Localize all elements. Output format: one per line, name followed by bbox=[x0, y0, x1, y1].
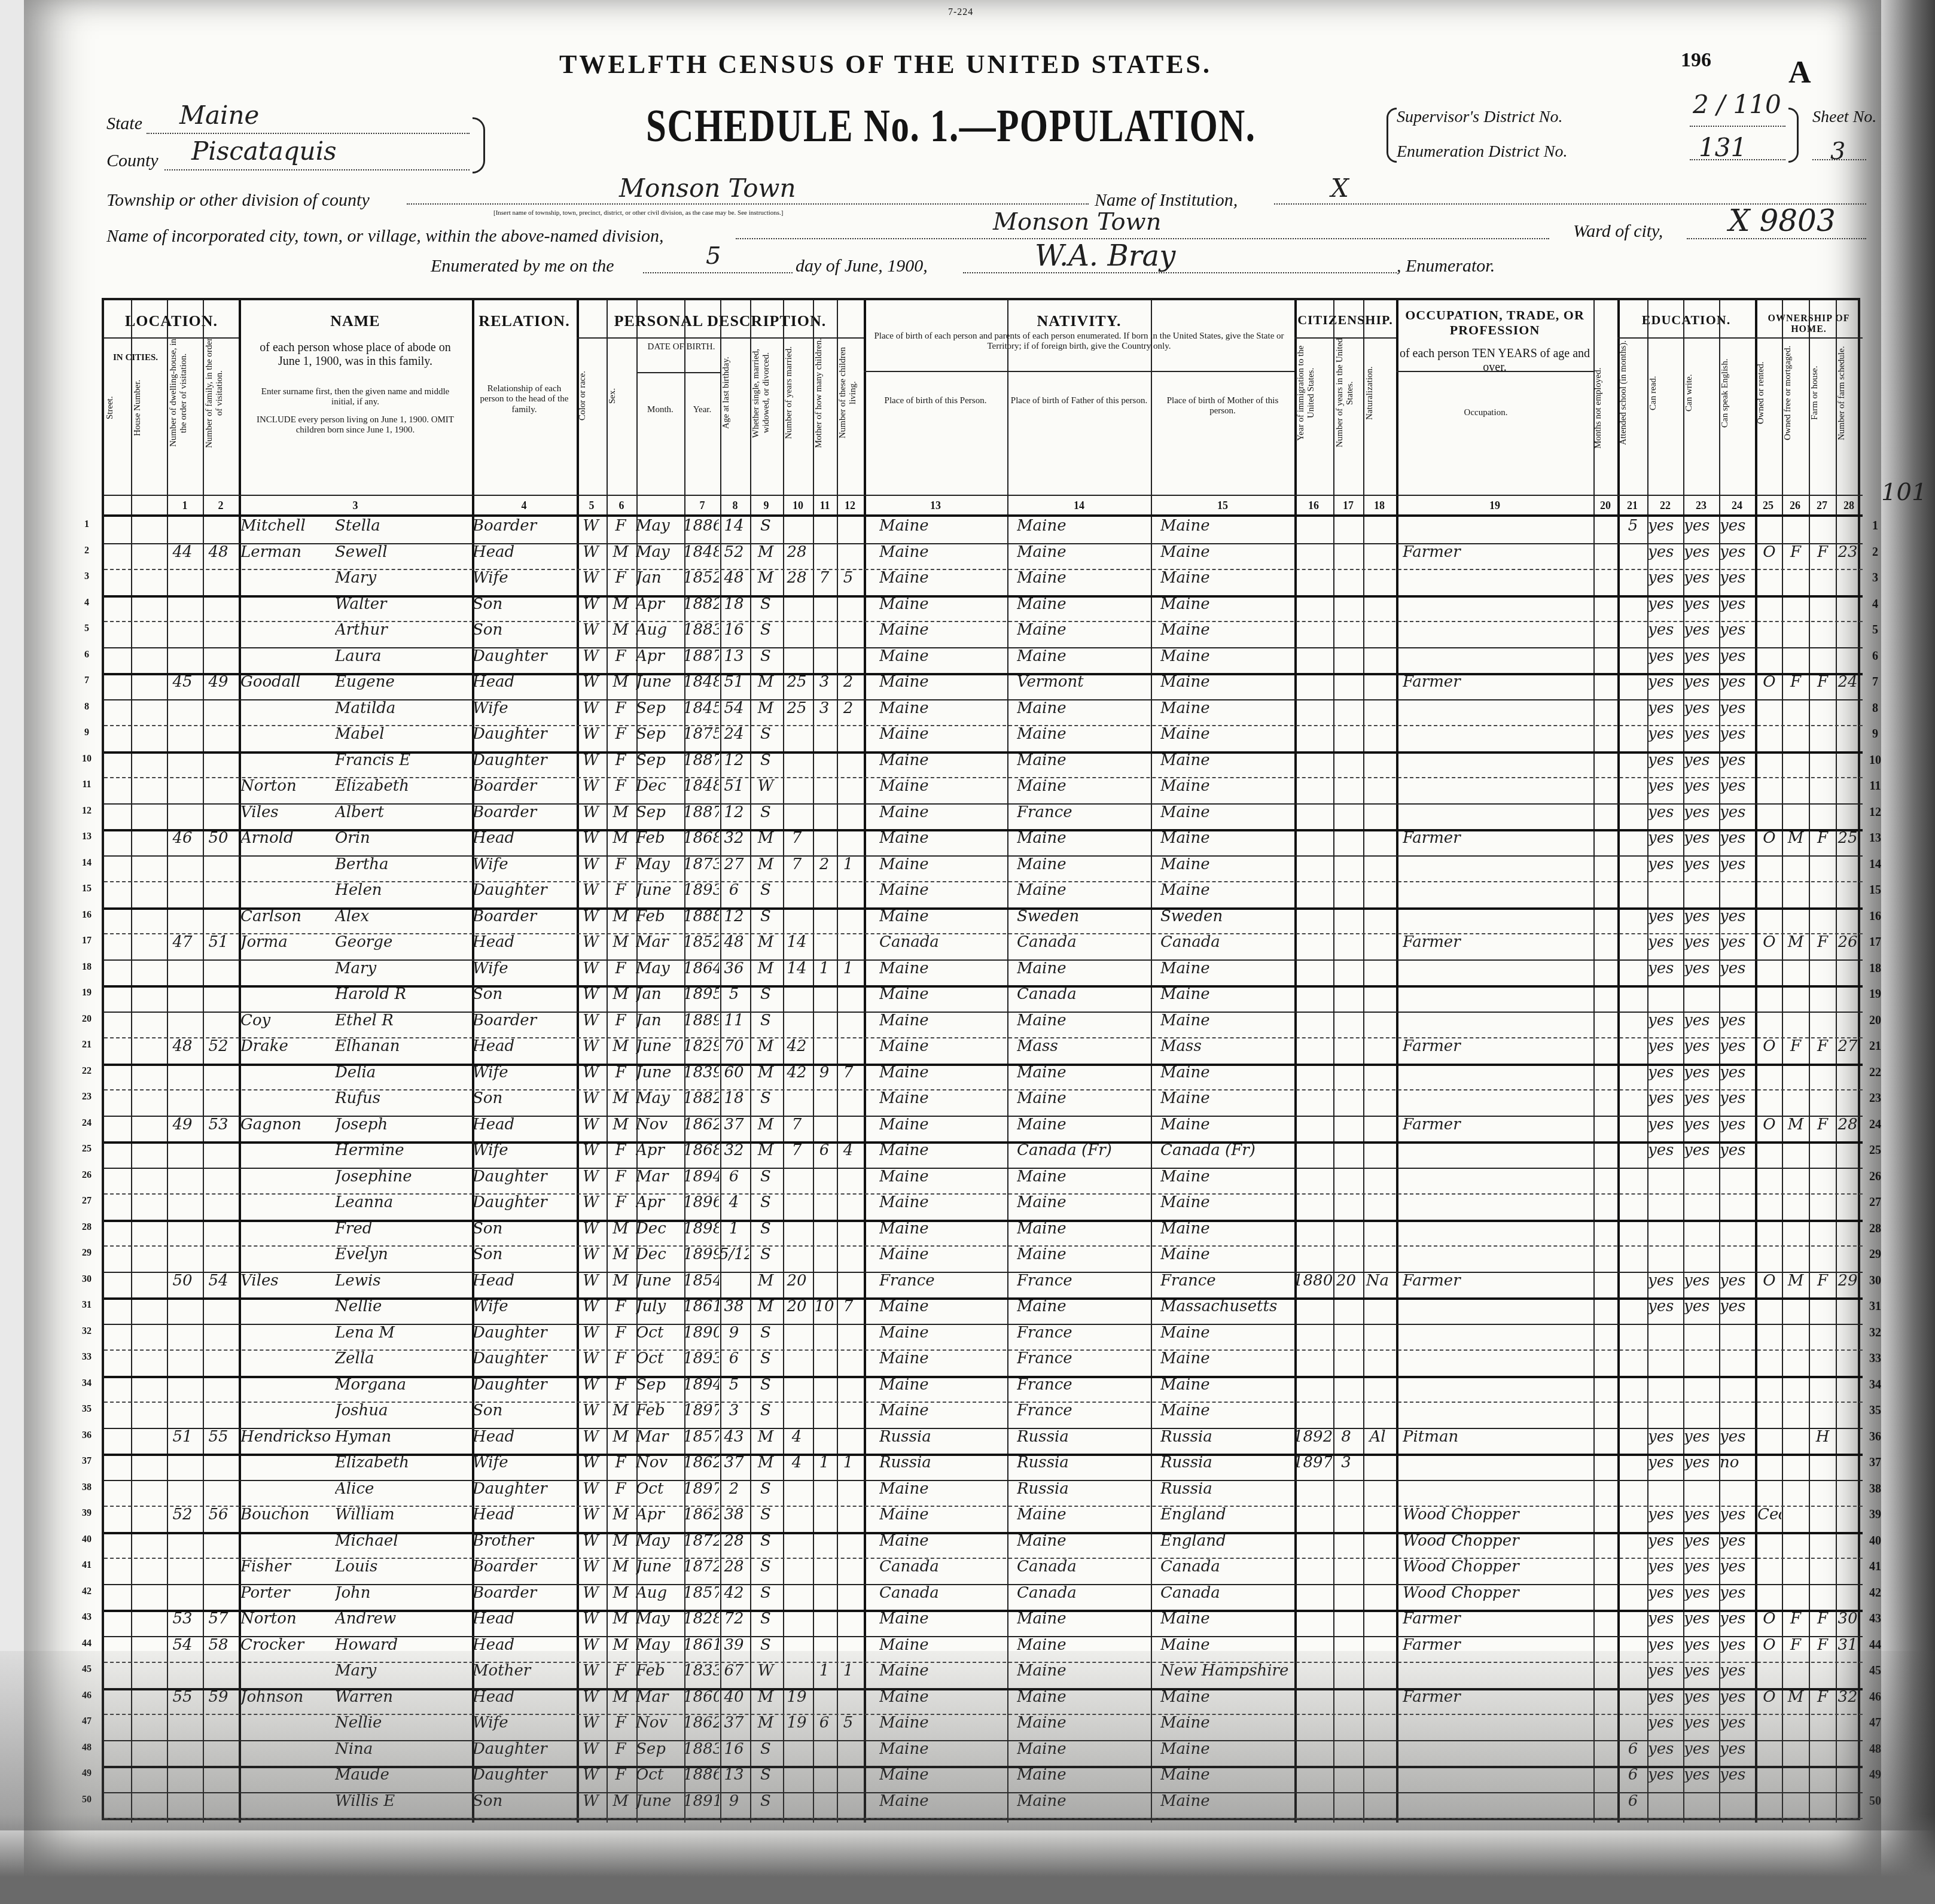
age-cell: 6 bbox=[719, 881, 749, 899]
line-number: 5 bbox=[1863, 623, 1887, 637]
birth-month-cell: Apr bbox=[636, 595, 684, 613]
sex-cell: M bbox=[607, 621, 634, 639]
age-cell: 40 bbox=[719, 1688, 749, 1706]
given-name-cell: Leanna bbox=[335, 1193, 467, 1211]
birthplace-mother-cell: Maine bbox=[1160, 1792, 1292, 1810]
sex-cell: M bbox=[607, 1506, 634, 1524]
line-number: 11 bbox=[1863, 779, 1887, 793]
line-number: 50 bbox=[1863, 1795, 1887, 1808]
occupation-cell: Wood Chopper bbox=[1403, 1584, 1588, 1602]
birth-month-cell: Mar bbox=[636, 1688, 684, 1706]
can-write-cell: yes bbox=[1684, 1766, 1717, 1784]
line-number: 40 bbox=[1863, 1534, 1887, 1548]
line-number-left: 21 bbox=[75, 1040, 99, 1050]
relation-cell: Son bbox=[473, 1402, 574, 1419]
birthplace-person-cell: Maine bbox=[879, 1064, 1005, 1082]
owned-rented-cell: O bbox=[1757, 673, 1781, 691]
sheet-value: 3 bbox=[1830, 138, 1845, 165]
sex-cell: F bbox=[607, 725, 634, 743]
relation-cell: Head bbox=[473, 1428, 574, 1446]
owned-rented-cell: O bbox=[1757, 1636, 1781, 1654]
line-number-left: 3 bbox=[75, 571, 99, 582]
birthplace-mother-cell: Maine bbox=[1160, 1012, 1292, 1029]
birth-year-cell: 1882 bbox=[683, 595, 719, 613]
surname-cell: Mitchell bbox=[240, 517, 330, 535]
dwelling-number-cell: 48 bbox=[164, 1037, 200, 1055]
color-cell: W bbox=[577, 881, 604, 899]
column-rule bbox=[1755, 300, 1757, 1823]
birth-month-cell: June bbox=[636, 1558, 684, 1576]
color-cell: W bbox=[577, 1064, 604, 1082]
line-number-left: 49 bbox=[75, 1768, 99, 1779]
line-number: 17 bbox=[1863, 936, 1887, 949]
line-number: 46 bbox=[1863, 1690, 1887, 1704]
line-number-left: 24 bbox=[75, 1118, 99, 1129]
birthplace-mother-cell: Russia bbox=[1160, 1428, 1292, 1446]
relation-cell: Daughter bbox=[473, 1193, 574, 1211]
color-cell: W bbox=[577, 751, 604, 769]
line-number-left: 8 bbox=[75, 702, 99, 712]
family-number-cell: 57 bbox=[200, 1610, 236, 1628]
years-married-cell: 7 bbox=[782, 1141, 812, 1159]
birthplace-person-cell: Maine bbox=[879, 647, 1005, 665]
marital-status-cell: S bbox=[751, 1532, 781, 1550]
line-number: 31 bbox=[1863, 1300, 1887, 1314]
given-name-cell: Orin bbox=[335, 829, 467, 847]
can-speak-english-cell: yes bbox=[1720, 1688, 1753, 1706]
line-number-left: 25 bbox=[75, 1144, 99, 1154]
birthplace-father-cell: Maine bbox=[1017, 829, 1148, 847]
birth-year-cell: 1872 bbox=[683, 1558, 719, 1576]
line-number-left: 6 bbox=[75, 650, 99, 660]
birthplace-father-cell: Maine bbox=[1017, 1532, 1148, 1550]
dwelling-number-cell: 53 bbox=[164, 1610, 200, 1628]
birthplace-father-cell: Canada bbox=[1017, 1584, 1148, 1602]
birthplace-father-cell: Maine bbox=[1017, 1714, 1148, 1732]
given-name-cell: Andrew bbox=[335, 1610, 467, 1628]
line-number: 45 bbox=[1863, 1664, 1887, 1678]
given-name-cell: Elhanan bbox=[335, 1037, 467, 1055]
mother-of-cell: 10 bbox=[812, 1297, 836, 1315]
sex-cell: F bbox=[607, 1168, 634, 1186]
family-number-cell: 58 bbox=[200, 1636, 236, 1654]
birth-month-cell: Nov bbox=[636, 1454, 684, 1472]
birthplace-mother-cell: Maine bbox=[1160, 881, 1292, 899]
birth-month-cell: Feb bbox=[636, 1662, 684, 1680]
occupation-cell: Wood Chopper bbox=[1403, 1506, 1588, 1524]
color-cell: W bbox=[577, 1037, 604, 1055]
birthplace-mother-cell: Maine bbox=[1160, 1116, 1292, 1134]
occupation-cell: Farmer bbox=[1403, 1688, 1588, 1706]
age-cell: 37 bbox=[719, 1714, 749, 1732]
surname-cell: Fisher bbox=[240, 1558, 330, 1576]
mother-of-cell: 1 bbox=[812, 959, 836, 977]
dwelling-number-cell: 52 bbox=[164, 1506, 200, 1524]
given-name-cell: Fred bbox=[335, 1220, 467, 1238]
sex-cell: F bbox=[607, 1297, 634, 1315]
color-cell: W bbox=[577, 1193, 604, 1211]
farm-schedule-cell: 31 bbox=[1835, 1636, 1860, 1654]
line-number-left: 7 bbox=[75, 675, 99, 686]
color-cell: W bbox=[577, 1297, 604, 1315]
relation-cell: Head bbox=[473, 1272, 574, 1290]
can-speak-english-cell: yes bbox=[1720, 1558, 1753, 1576]
given-name-cell: Maude bbox=[335, 1766, 467, 1784]
birthplace-person-cell: Maine bbox=[879, 1480, 1005, 1498]
can-read-cell: yes bbox=[1648, 1558, 1681, 1576]
relation-cell: Boarder bbox=[473, 1558, 574, 1576]
relation-cell: Boarder bbox=[473, 907, 574, 925]
can-read-cell: yes bbox=[1648, 569, 1681, 587]
age-cell: 60 bbox=[719, 1064, 749, 1082]
sex-cell: F bbox=[607, 855, 634, 873]
birth-month-cell: Apr bbox=[636, 1193, 684, 1211]
birthplace-person-cell: Maine bbox=[879, 855, 1005, 873]
age-cell: 11 bbox=[719, 1012, 749, 1029]
free-mortgaged-cell: F bbox=[1784, 1037, 1808, 1055]
birth-year-cell: 1887 bbox=[683, 647, 719, 665]
birth-year-cell: 1854 bbox=[683, 1272, 719, 1290]
farm-house-cell: F bbox=[1811, 1610, 1835, 1628]
line-number: 21 bbox=[1863, 1040, 1887, 1053]
marital-status-cell: M bbox=[751, 855, 781, 873]
birth-month-cell: Oct bbox=[636, 1766, 684, 1784]
owned-rented-cell: O bbox=[1757, 1037, 1781, 1055]
line-number-left: 30 bbox=[75, 1274, 99, 1285]
birth-year-cell: 1868 bbox=[683, 829, 719, 847]
line-number: 8 bbox=[1863, 702, 1887, 715]
marital-status-cell: S bbox=[751, 1376, 781, 1394]
birthplace-mother-cell: France bbox=[1160, 1272, 1292, 1290]
column-rule bbox=[203, 300, 204, 1823]
age-cell: 27 bbox=[719, 855, 749, 873]
owned-rented-cell: O bbox=[1757, 933, 1781, 951]
birth-month-cell: Jan bbox=[636, 569, 684, 587]
column-number: 25 bbox=[1756, 499, 1780, 512]
hdr-pob-mother: Place of birth of Mother of this person. bbox=[1154, 396, 1291, 417]
surname-cell: Coy bbox=[240, 1012, 330, 1029]
color-cell: W bbox=[577, 595, 604, 613]
column-number: 23 bbox=[1689, 499, 1713, 512]
marital-status-cell: S bbox=[751, 985, 781, 1003]
sex-cell: F bbox=[607, 699, 634, 717]
birth-year-cell: 1868 bbox=[683, 1141, 719, 1159]
free-mortgaged-cell: F bbox=[1784, 1610, 1808, 1628]
age-cell: 51 bbox=[719, 777, 749, 795]
birthplace-person-cell: Maine bbox=[879, 881, 1005, 899]
sex-cell: F bbox=[607, 1141, 634, 1159]
birth-year-cell: 1898 bbox=[683, 1220, 719, 1238]
birthplace-person-cell: Maine bbox=[879, 1688, 1005, 1706]
line-number: 26 bbox=[1863, 1170, 1887, 1184]
can-write-cell: yes bbox=[1684, 1532, 1717, 1550]
can-speak-english-cell: yes bbox=[1720, 1740, 1753, 1758]
sex-cell: F bbox=[607, 1714, 634, 1732]
birthplace-person-cell: Russia bbox=[879, 1428, 1005, 1446]
age-cell: 9 bbox=[719, 1792, 749, 1810]
surname-cell: Johnson bbox=[240, 1688, 330, 1706]
birth-year-cell: 1897 bbox=[683, 1402, 719, 1419]
birth-month-cell: June bbox=[636, 1037, 684, 1055]
birth-year-cell: 1897 bbox=[683, 1480, 719, 1498]
birth-month-cell: Nov bbox=[636, 1116, 684, 1134]
birth-month-cell: Dec bbox=[636, 777, 684, 795]
sex-cell: M bbox=[607, 907, 634, 925]
can-read-cell: yes bbox=[1648, 907, 1681, 925]
line-number: 23 bbox=[1863, 1092, 1887, 1105]
hdr-citizenship: CITIZENSHIP. bbox=[1294, 312, 1396, 327]
birthplace-father-cell: Maine bbox=[1017, 1012, 1148, 1029]
birthplace-mother-cell: Sweden bbox=[1160, 907, 1292, 925]
farm-house-cell: F bbox=[1811, 829, 1835, 847]
column-rule bbox=[1363, 300, 1364, 1823]
birthplace-mother-cell: Maine bbox=[1160, 1168, 1292, 1186]
hdr-family: Number of family, in the order of visita… bbox=[205, 336, 237, 450]
birthplace-father-cell: Canada bbox=[1017, 1558, 1148, 1576]
mother-of-cell: 1 bbox=[812, 1454, 836, 1472]
birthplace-mother-cell: Russia bbox=[1160, 1480, 1292, 1498]
surname-cell: Jorma bbox=[240, 933, 330, 951]
hdr-occupation: OCCUPATION, TRADE, OR PROFESSION bbox=[1396, 307, 1593, 338]
can-read-cell: yes bbox=[1648, 1064, 1681, 1082]
birthplace-father-cell: Maine bbox=[1017, 1168, 1148, 1186]
sex-cell: F bbox=[607, 751, 634, 769]
birthplace-father-cell: Canada bbox=[1017, 985, 1148, 1003]
years-in-us-cell: 20 bbox=[1333, 1272, 1360, 1290]
sex-cell: M bbox=[607, 1584, 634, 1602]
birthplace-mother-cell: Maine bbox=[1160, 595, 1292, 613]
can-read-cell: yes bbox=[1648, 699, 1681, 717]
line-number: 30 bbox=[1863, 1274, 1887, 1288]
birth-year-cell: 1852 bbox=[683, 569, 719, 587]
age-cell: 54 bbox=[719, 699, 749, 717]
sex-cell: M bbox=[607, 543, 634, 561]
age-cell: 39 bbox=[719, 1636, 749, 1654]
hdr-pob-person: Place of birth of this Person. bbox=[867, 396, 1004, 406]
line-number: 44 bbox=[1863, 1638, 1887, 1652]
color-cell: W bbox=[577, 1141, 604, 1159]
state-value: Maine bbox=[179, 100, 259, 130]
birthplace-mother-cell: Maine bbox=[1160, 959, 1292, 977]
can-speak-english-cell: yes bbox=[1720, 621, 1753, 639]
family-number-cell: 54 bbox=[200, 1272, 236, 1290]
marital-status-cell: S bbox=[751, 595, 781, 613]
color-cell: W bbox=[577, 1532, 604, 1550]
farm-house-cell: F bbox=[1811, 1272, 1835, 1290]
can-read-cell: yes bbox=[1648, 855, 1681, 873]
hdr-can-speak-english: Can speak English. bbox=[1720, 336, 1753, 450]
age-cell: 67 bbox=[719, 1662, 749, 1680]
birthplace-person-cell: Maine bbox=[879, 517, 1005, 535]
children-living-cell: 7 bbox=[836, 1064, 860, 1082]
years-married-cell: 20 bbox=[782, 1272, 812, 1290]
header-rule bbox=[636, 372, 720, 373]
relation-cell: Wife bbox=[473, 1141, 574, 1159]
given-name-cell: Mary bbox=[335, 569, 467, 587]
birth-year-cell: 1893 bbox=[683, 1349, 719, 1367]
birthplace-person-cell: Maine bbox=[879, 1037, 1005, 1055]
can-read-cell: yes bbox=[1648, 1012, 1681, 1029]
age-cell: 13 bbox=[719, 1766, 749, 1784]
birthplace-person-cell: Maine bbox=[879, 1740, 1005, 1758]
column-rule bbox=[131, 300, 132, 1823]
free-mortgaged-cell: F bbox=[1784, 1636, 1808, 1654]
can-read-cell: yes bbox=[1648, 543, 1681, 561]
age-cell: 32 bbox=[719, 1141, 749, 1159]
column-number: 27 bbox=[1810, 499, 1834, 512]
birth-month-cell: May bbox=[636, 543, 684, 561]
marital-status-cell: M bbox=[751, 699, 781, 717]
can-read-cell: yes bbox=[1648, 621, 1681, 639]
birthplace-person-cell: Maine bbox=[879, 1402, 1005, 1419]
incorporated-value: Monson Town bbox=[993, 208, 1162, 236]
can-write-cell: yes bbox=[1684, 907, 1717, 925]
line-number: 28 bbox=[1863, 1222, 1887, 1236]
given-name-cell: Elizabeth bbox=[335, 1454, 467, 1472]
mother-of-cell: 6 bbox=[812, 1714, 836, 1732]
line-number: 27 bbox=[1863, 1196, 1887, 1210]
marital-status-cell: S bbox=[751, 1012, 781, 1029]
relation-cell: Son bbox=[473, 1089, 574, 1107]
county-value: Piscataquis bbox=[191, 136, 337, 166]
sex-cell: M bbox=[607, 1037, 634, 1055]
birth-month-cell: Apr bbox=[636, 1506, 684, 1524]
birthplace-person-cell: Maine bbox=[879, 1792, 1005, 1810]
line-number: 14 bbox=[1863, 858, 1887, 872]
relation-cell: Wife bbox=[473, 569, 574, 587]
family-number-cell: 59 bbox=[200, 1688, 236, 1706]
farm-house-cell: F bbox=[1811, 1636, 1835, 1654]
line-number-left: 50 bbox=[75, 1795, 99, 1805]
hdr-mother-of: Mother of how many children. bbox=[814, 336, 838, 450]
column-number: 5 bbox=[580, 499, 604, 512]
line-number: 16 bbox=[1863, 910, 1887, 924]
birthplace-mother-cell: Maine bbox=[1160, 855, 1292, 873]
line-number: 25 bbox=[1863, 1144, 1887, 1157]
column-rule bbox=[1151, 300, 1152, 1823]
line-number-left: 9 bbox=[75, 727, 99, 738]
birth-year-cell: 1873 bbox=[683, 855, 719, 873]
birthplace-mother-cell: Mass bbox=[1160, 1037, 1292, 1055]
page-stamp-number: 196 bbox=[1681, 49, 1711, 72]
age-cell: 28 bbox=[719, 1532, 749, 1550]
birthplace-mother-cell: New Hampshire bbox=[1160, 1662, 1292, 1680]
birthplace-mother-cell: Maine bbox=[1160, 1349, 1292, 1367]
birthplace-mother-cell: Maine bbox=[1160, 1766, 1292, 1784]
birth-year-cell: 1862 bbox=[683, 1506, 719, 1524]
can-read-cell: yes bbox=[1648, 1662, 1681, 1680]
column-number: 28 bbox=[1837, 499, 1861, 512]
line-number-left: 19 bbox=[75, 988, 99, 998]
can-write-cell: yes bbox=[1684, 1688, 1717, 1706]
marital-status-cell: W bbox=[751, 777, 781, 795]
line-number: 42 bbox=[1863, 1586, 1887, 1600]
relation-cell: Wife bbox=[473, 699, 574, 717]
dwelling-number-cell: 47 bbox=[164, 933, 200, 951]
birth-month-cell: Feb bbox=[636, 1402, 684, 1419]
can-speak-english-cell: yes bbox=[1720, 1037, 1753, 1055]
birth-month-cell: May bbox=[636, 1089, 684, 1107]
column-rule bbox=[1593, 300, 1595, 1823]
color-cell: W bbox=[577, 1116, 604, 1134]
marital-status-cell: W bbox=[751, 1662, 781, 1680]
can-speak-english-cell: yes bbox=[1720, 1012, 1753, 1029]
hdr-name: NAME bbox=[239, 312, 472, 330]
age-cell: 38 bbox=[719, 1506, 749, 1524]
given-name-cell: George bbox=[335, 933, 467, 951]
can-read-cell: yes bbox=[1648, 595, 1681, 613]
relation-cell: Daughter bbox=[473, 647, 574, 665]
sex-cell: F bbox=[607, 881, 634, 899]
surname-cell: Viles bbox=[240, 803, 330, 821]
birthplace-mother-cell: Maine bbox=[1160, 1064, 1292, 1082]
dwelling-number-cell: 49 bbox=[164, 1116, 200, 1134]
given-name-cell: Michael bbox=[335, 1532, 467, 1550]
hdr-relation-desc: Relationship of each person to the head … bbox=[475, 384, 574, 415]
birthplace-father-cell: Maine bbox=[1017, 595, 1148, 613]
relation-cell: Wife bbox=[473, 1064, 574, 1082]
birth-year-cell: 1890 bbox=[683, 1324, 719, 1342]
years-in-us-cell: 8 bbox=[1333, 1428, 1360, 1446]
marital-status-cell: S bbox=[751, 1245, 781, 1263]
line-number: 13 bbox=[1863, 831, 1887, 845]
birthplace-father-cell: France bbox=[1017, 803, 1148, 821]
birth-year-cell: 1882 bbox=[683, 1089, 719, 1107]
can-speak-english-cell: yes bbox=[1720, 959, 1753, 977]
birth-year-cell: 1888 bbox=[683, 907, 719, 925]
township-label: Township or other division of county bbox=[106, 190, 370, 211]
line-number: 38 bbox=[1863, 1482, 1887, 1496]
marital-status-cell: S bbox=[751, 1740, 781, 1758]
birthplace-mother-cell: Maine bbox=[1160, 1714, 1292, 1732]
birthplace-father-cell: Maine bbox=[1017, 621, 1148, 639]
age-cell: 5 bbox=[719, 985, 749, 1003]
relation-cell: Son bbox=[473, 985, 574, 1003]
color-cell: W bbox=[577, 1349, 604, 1367]
given-name-cell: Alex bbox=[335, 907, 467, 925]
line-number: 7 bbox=[1863, 675, 1887, 689]
years-married-cell: 19 bbox=[782, 1714, 812, 1732]
sex-cell: F bbox=[607, 1740, 634, 1758]
can-speak-english-cell: yes bbox=[1720, 517, 1753, 535]
hdr-name-note2: INCLUDE every person living on June 1, 1… bbox=[251, 415, 460, 436]
birthplace-father-cell: Maine bbox=[1017, 569, 1148, 587]
birth-year-cell: 1833 bbox=[683, 1662, 719, 1680]
birthplace-father-cell: Maine bbox=[1017, 959, 1148, 977]
farm-house-cell: F bbox=[1811, 1037, 1835, 1055]
age-cell: 5 bbox=[719, 1376, 749, 1394]
color-cell: W bbox=[577, 621, 604, 639]
given-name-cell: Nellie bbox=[335, 1297, 467, 1315]
relation-cell: Wife bbox=[473, 855, 574, 873]
given-name-cell: Louis bbox=[335, 1558, 467, 1576]
birth-month-cell: Sep bbox=[636, 1376, 684, 1394]
relation-cell: Boarder bbox=[473, 1584, 574, 1602]
line-number-left: 20 bbox=[75, 1014, 99, 1025]
birth-month-cell: May bbox=[636, 1636, 684, 1654]
line-number-left: 17 bbox=[75, 936, 99, 946]
birth-year-cell: 1886 bbox=[683, 517, 719, 535]
relation-cell: Son bbox=[473, 595, 574, 613]
relation-cell: Head bbox=[473, 1610, 574, 1628]
color-cell: W bbox=[577, 517, 604, 535]
can-read-cell: yes bbox=[1648, 1714, 1681, 1732]
farm-house-cell: F bbox=[1811, 673, 1835, 691]
years-married-cell: 7 bbox=[782, 829, 812, 847]
line-number: 41 bbox=[1863, 1560, 1887, 1574]
sex-cell: M bbox=[607, 1688, 634, 1706]
column-number: 1 bbox=[173, 499, 197, 512]
